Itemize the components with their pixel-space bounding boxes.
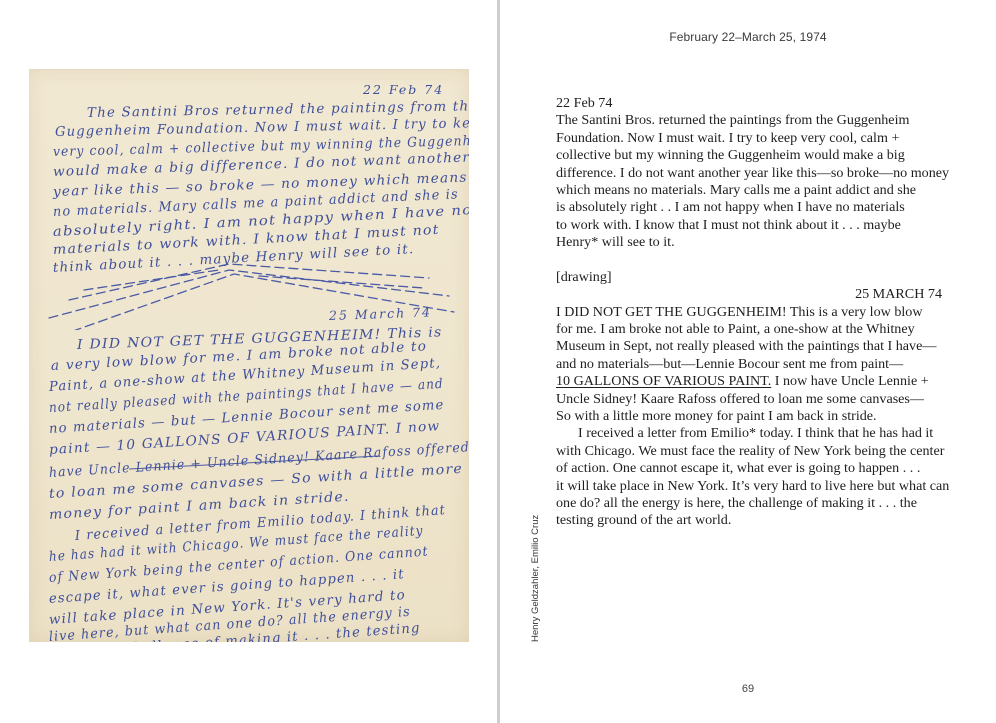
transcription-line: The Santini Bros. returned the paintings… <box>556 112 942 129</box>
underlined-phrase: 10 GALLONS OF VARIOUS PAINT. <box>556 373 771 389</box>
running-head: February 22–March 25, 1974 <box>500 30 996 44</box>
transcription-line: and no materials—but—Lennie Bocour sent … <box>556 356 942 373</box>
handwritten-date: 22 Feb 74 <box>363 82 444 97</box>
transcription-line: to work with. I know that I must not thi… <box>556 217 942 234</box>
spacer <box>556 252 942 269</box>
transcription-line: with Chicago. We must face the reality o… <box>556 443 942 460</box>
transcription-line: Museum in Sept, not really pleased with … <box>556 338 942 355</box>
transcription-line: which means no materials. Mary calls me … <box>556 182 942 199</box>
transcription-fragment: I now have Uncle Lennie + <box>771 373 928 389</box>
transcription-line: one do? all the energy is here, the chal… <box>556 495 942 512</box>
transcription-line: of action. One cannot escape it, what ev… <box>556 460 942 477</box>
transcription-line: I DID NOT GET THE GUGGENHEIM! This is a … <box>556 304 942 321</box>
handwritten-letter-scan: 22 Feb 74 The Santini Bros returned the … <box>29 69 469 642</box>
book-spread: 22 Feb 74 The Santini Bros returned the … <box>0 0 996 723</box>
right-page: February 22–March 25, 1974 22 Feb 74 The… <box>500 0 996 723</box>
image-credit: Henry Geldzahler, Emilio Cruz <box>530 515 541 642</box>
transcription-text: 22 Feb 74 The Santini Bros. returned the… <box>556 95 942 530</box>
left-page: 22 Feb 74 The Santini Bros returned the … <box>0 0 497 723</box>
transcription-line: Henry* will see to it. <box>556 234 942 251</box>
transcription-line: for me. I am broke not able to Paint, a … <box>556 321 942 338</box>
transcription-line: testing ground of the art world. <box>556 512 942 529</box>
transcription-line: Uncle Sidney! Kaare Rafoss offered to lo… <box>556 391 942 408</box>
transcription-line: So with a little more money for paint I … <box>556 408 942 425</box>
transcription-line: collective but my winning the Guggenheim… <box>556 147 942 164</box>
transcription-line: is absolutely right . . I am not happy w… <box>556 199 942 216</box>
entry-date: 22 Feb 74 <box>556 95 942 112</box>
transcription-line: Foundation. Now I must wait. I try to ke… <box>556 130 942 147</box>
transcription-line: 10 GALLONS OF VARIOUS PAINT. I now have … <box>556 373 942 390</box>
transcription-line: it will take place in New York. It’s ver… <box>556 478 942 495</box>
transcription-line: I received a letter from Emilio* today. … <box>556 425 942 442</box>
page-number: 69 <box>500 683 996 695</box>
transcription-line: difference. I do not want another year l… <box>556 165 942 182</box>
entry-date: 25 MARCH 74 <box>556 286 942 303</box>
drawing-note: [drawing] <box>556 269 942 286</box>
